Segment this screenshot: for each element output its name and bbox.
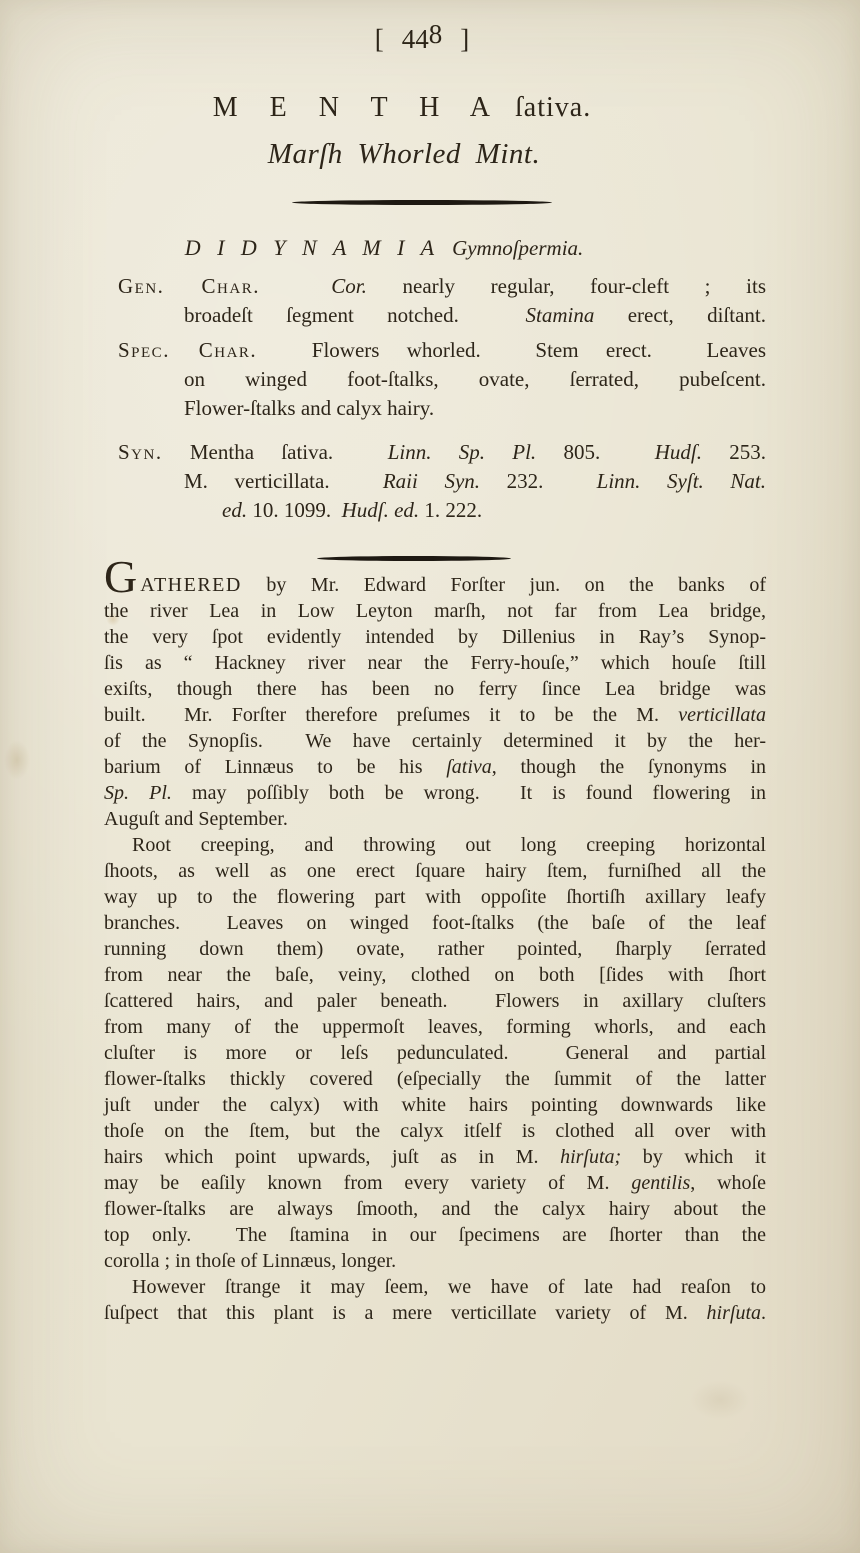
swelled-rule bbox=[292, 200, 552, 205]
page-number-raised-digit: 8 bbox=[429, 19, 443, 49]
page-number-close-bracket: ] bbox=[460, 24, 469, 54]
text-line: cluſter is more or leſs pedunculated. Ge… bbox=[104, 1040, 766, 1066]
text-line: ſhoots, as well as one erect ſquare hair… bbox=[104, 858, 766, 884]
text-line: flower-ſtalks thickly covered (eſpeciall… bbox=[104, 1066, 766, 1092]
paper-stain bbox=[690, 1380, 750, 1420]
text-line: built. Mr. Forſter therefore preſumes it… bbox=[104, 702, 766, 728]
specific-character-entry: Spec. Char. Flowers whorled. Stem erect.… bbox=[118, 336, 766, 423]
linnaean-order: Gymnoſpermia. bbox=[452, 236, 583, 260]
text-line: on winged foot-ſtalks, ovate, ſerrated, … bbox=[118, 365, 766, 394]
text-line: the river Lea in Low Leyton marſh, not f… bbox=[104, 598, 766, 624]
text-line: GATHERED by Mr. Edward Forſter jun. on t… bbox=[104, 572, 766, 598]
synonyms-entry: Syn. Mentha ſativa. Linn. Sp. Pl. 805. H… bbox=[118, 438, 766, 525]
text-line: way up to the flowering part with oppoſi… bbox=[104, 884, 766, 910]
body-text: GATHERED by Mr. Edward Forſter jun. on t… bbox=[104, 572, 766, 1326]
text-line: branches. Leaves on winged foot-ſtalks (… bbox=[104, 910, 766, 936]
text-line: Flower-ſtalks and calyx hairy. bbox=[118, 394, 766, 423]
text-line: Sp. Pl. may poſſibly both be wrong. It i… bbox=[104, 780, 766, 806]
text-line: from near the baſe, veiny, clothed on bo… bbox=[104, 962, 766, 988]
text-line: Spec. Char. Flowers whorled. Stem erect.… bbox=[118, 336, 766, 365]
text-line: from many of the uppermoſt leaves, formi… bbox=[104, 1014, 766, 1040]
generic-character-entry: Gen. Char. Cor. nearly regular, four-cle… bbox=[118, 272, 766, 330]
common-name: Marſh Whorled Mint. bbox=[0, 138, 834, 171]
text-line: hairs which point upwards, juſt as in M.… bbox=[104, 1144, 766, 1170]
text-line: running down them) ovate, rather pointed… bbox=[104, 936, 766, 962]
text-line: Syn. Mentha ſativa. Linn. Sp. Pl. 805. H… bbox=[118, 438, 766, 467]
text-line: ſcattered hairs, and paler beneath. Flow… bbox=[104, 988, 766, 1014]
classification-heading: D I D Y N A M I AGymnoſpermia. bbox=[0, 235, 814, 261]
text-line: of the Synopſis. We have certainly deter… bbox=[104, 728, 766, 754]
text-line: barium of Linnæus to be his ſativa, thou… bbox=[104, 754, 766, 780]
paragraph-remark: However ſtrange it may ſeem, we have of … bbox=[104, 1274, 766, 1326]
genus-name: M E N T H A bbox=[213, 92, 499, 123]
book-page: [448] M E N T H Aſativa. Marſh Whorled M… bbox=[0, 0, 860, 1553]
paragraph-gathered: GATHERED by Mr. Edward Forſter jun. on t… bbox=[104, 572, 766, 832]
text-line: Root creeping, and throwing out long cre… bbox=[104, 832, 766, 858]
linnaean-class: D I D Y N A M I A bbox=[185, 235, 438, 260]
text-line: broadeſt ſegment notched. Stamina erect,… bbox=[118, 301, 766, 330]
page-number-open-bracket: [ bbox=[375, 24, 384, 54]
swelled-rule bbox=[317, 556, 511, 561]
paragraph-description: Root creeping, and throwing out long cre… bbox=[104, 832, 766, 1274]
text-line: M. verticillata. Raii Syn. 232. Linn. Sy… bbox=[118, 467, 766, 496]
text-line: may be eaſily known from every variety o… bbox=[104, 1170, 766, 1196]
species-name: ſativa. bbox=[515, 92, 591, 123]
text-line: flower-ſtalks are always ſmooth, and the… bbox=[104, 1196, 766, 1222]
page-title: M E N T H Aſativa. bbox=[0, 92, 832, 124]
text-line: top only. The ſtamina in our ſpecimens a… bbox=[104, 1222, 766, 1248]
text-line: the very ſpot evidently intended by Dill… bbox=[104, 624, 766, 650]
text-line: Gen. Char. Cor. nearly regular, four-cle… bbox=[118, 272, 766, 301]
page-number-digits: 44 bbox=[402, 24, 429, 54]
page-number: [448] bbox=[0, 24, 852, 55]
text-line: exiſts, though there has been no ferry ſ… bbox=[104, 676, 766, 702]
paper-stain bbox=[4, 740, 30, 780]
text-line: juſt under the calyx) with white hairs p… bbox=[104, 1092, 766, 1118]
text-line: ed. 10. 1099. Hudſ. ed. 1. 222. bbox=[118, 496, 766, 525]
text-line: ſuſpect that this plant is a mere vertic… bbox=[104, 1300, 766, 1326]
text-line: However ſtrange it may ſeem, we have of … bbox=[104, 1274, 766, 1300]
text-line: Auguſt and September. bbox=[104, 806, 766, 832]
text-line: thoſe on the ſtem, but the calyx itſelf … bbox=[104, 1118, 766, 1144]
text-line: ſis as “ Hackney river near the Ferry-ho… bbox=[104, 650, 766, 676]
drop-cap-initial: G bbox=[104, 551, 137, 602]
text-line: corolla ; in thoſe of Linnæus, longer. bbox=[104, 1248, 766, 1274]
